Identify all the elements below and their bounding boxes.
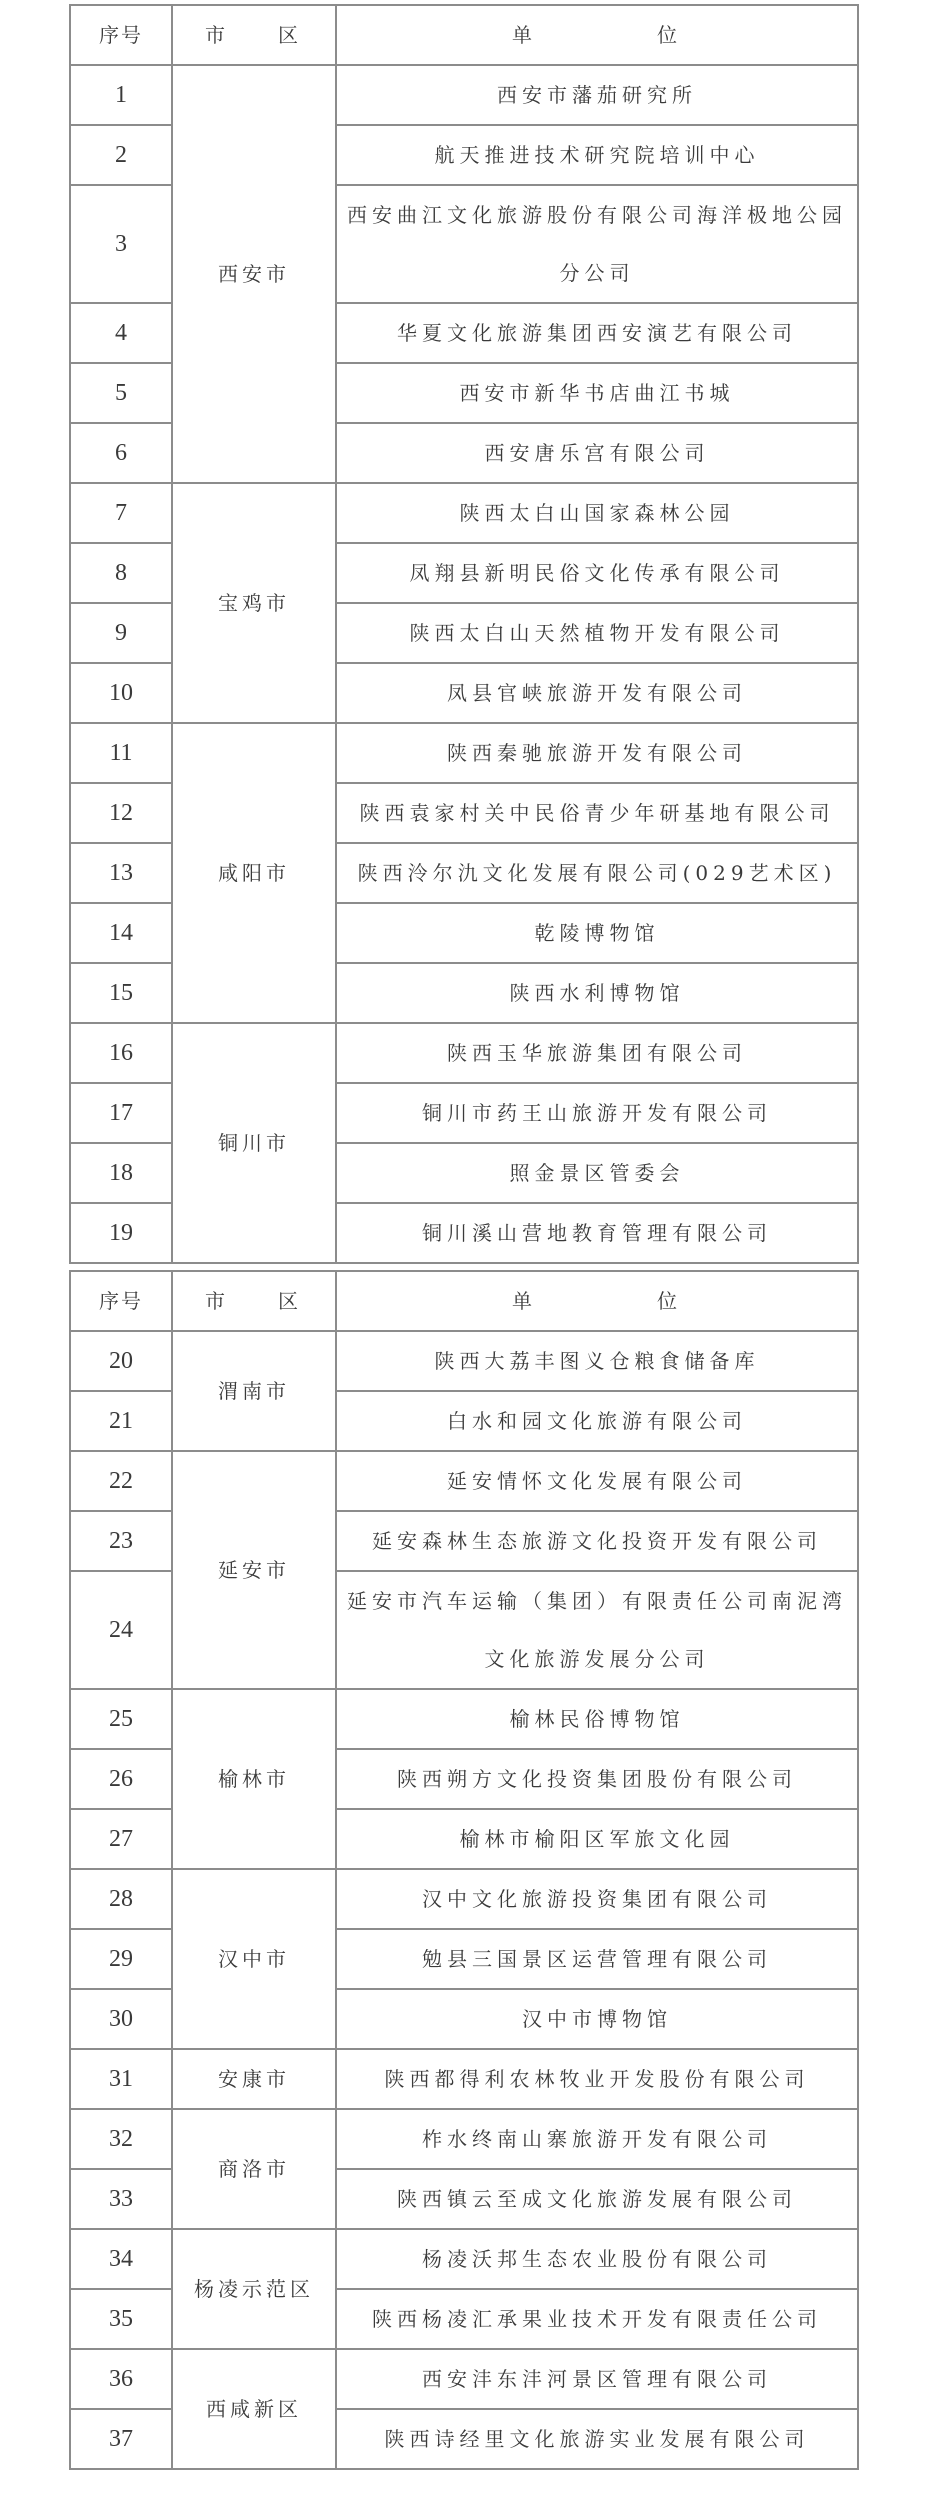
serial-number: 12 <box>70 783 172 843</box>
city-cell: 商洛市 <box>172 2109 336 2229</box>
header-city-char: 市 <box>205 23 230 47</box>
city-cell: 宝鸡市 <box>172 483 336 723</box>
serial-number: 4 <box>70 303 172 363</box>
table-row: 31 安康市 陕西都得利农林牧业开发股份有限公司 <box>70 2049 858 2109</box>
city-cell: 安康市 <box>172 2049 336 2109</box>
serial-number: 33 <box>70 2169 172 2229</box>
unit-name: 航天推进技术研究院培训中心 <box>336 125 858 185</box>
unit-name: 陕西太白山天然植物开发有限公司 <box>336 603 858 663</box>
unit-name: 勉县三国景区运营管理有限公司 <box>336 1929 858 1989</box>
table-row: 32 商洛市 柞水终南山寨旅游开发有限公司 <box>70 2109 858 2169</box>
unit-name: 陕西大荔丰图义仓粮食储备库 <box>336 1331 858 1391</box>
unit-name: 榆林市榆阳区军旅文化园 <box>336 1809 858 1869</box>
header-serial-number: 序号 <box>70 5 172 65</box>
table-row: 22 延安市 延安情怀文化发展有限公司 <box>70 1451 858 1511</box>
serial-number: 30 <box>70 1989 172 2049</box>
unit-name: 陕西镇云至成文化旅游发展有限公司 <box>336 2169 858 2229</box>
city-cell: 汉中市 <box>172 1869 336 2049</box>
unit-name: 凤县官峡旅游开发有限公司 <box>336 663 858 723</box>
unit-name: 陕西朔方文化投资集团股份有限公司 <box>336 1749 858 1809</box>
serial-number: 3 <box>70 185 172 303</box>
unit-name: 白水和园文化旅游有限公司 <box>336 1391 858 1451</box>
unit-name: 陕西太白山国家森林公园 <box>336 483 858 543</box>
serial-number: 8 <box>70 543 172 603</box>
table-row: 16 铜川市 陕西玉华旅游集团有限公司 <box>70 1023 858 1083</box>
city-cell: 杨凌示范区 <box>172 2229 336 2349</box>
serial-number: 28 <box>70 1869 172 1929</box>
unit-name: 柞水终南山寨旅游开发有限公司 <box>336 2109 858 2169</box>
header-city-district: 市区 <box>172 5 336 65</box>
unit-name: 华夏文化旅游集团西安演艺有限公司 <box>336 303 858 363</box>
city-cell: 铜川市 <box>172 1023 336 1263</box>
serial-number: 32 <box>70 2109 172 2169</box>
unit-name: 陕西泠尔氿文化发展有限公司(029艺术区) <box>336 843 858 903</box>
serial-number: 2 <box>70 125 172 185</box>
unit-name: 西安市藩茄研究所 <box>336 65 858 125</box>
serial-number: 11 <box>70 723 172 783</box>
serial-number: 15 <box>70 963 172 1023</box>
city-cell: 西咸新区 <box>172 2349 336 2469</box>
serial-number: 6 <box>70 423 172 483</box>
unit-name: 西安市新华书店曲江书城 <box>336 363 858 423</box>
unit-name: 西安曲江文化旅游股份有限公司海洋极地公园分公司 <box>336 185 858 303</box>
city-cell: 榆林市 <box>172 1689 336 1869</box>
unit-name: 陕西秦驰旅游开发有限公司 <box>336 723 858 783</box>
serial-number: 9 <box>70 603 172 663</box>
unit-name: 凤翔县新明民俗文化传承有限公司 <box>336 543 858 603</box>
table-header-row: 序号 市区 单位 <box>70 5 858 65</box>
header-district-char: 区 <box>278 1289 303 1313</box>
table-row: 1 西安市 西安市藩茄研究所 <box>70 65 858 125</box>
serial-number: 13 <box>70 843 172 903</box>
unit-name: 陕西水利博物馆 <box>336 963 858 1023</box>
unit-name: 陕西玉华旅游集团有限公司 <box>336 1023 858 1083</box>
table-row: 36 西咸新区 西安沣东沣河景区管理有限公司 <box>70 2349 858 2409</box>
city-cell: 西安市 <box>172 65 336 483</box>
header-serial-number: 序号 <box>70 1271 172 1331</box>
city-cell: 渭南市 <box>172 1331 336 1451</box>
serial-number: 36 <box>70 2349 172 2409</box>
serial-number: 34 <box>70 2229 172 2289</box>
serial-number: 10 <box>70 663 172 723</box>
serial-number: 18 <box>70 1143 172 1203</box>
header-unit-char-2: 位 <box>657 23 682 47</box>
serial-number: 16 <box>70 1023 172 1083</box>
header-district-char: 区 <box>278 23 303 47</box>
serial-number: 21 <box>70 1391 172 1451</box>
unit-list-table-2: 序号 市区 单位 20 渭南市 陕西大荔丰图义仓粮食储备库 21 白水和园文化旅… <box>69 1270 859 2470</box>
unit-name: 铜川市药王山旅游开发有限公司 <box>336 1083 858 1143</box>
unit-name: 陕西诗经里文化旅游实业发展有限公司 <box>336 2409 858 2469</box>
unit-name: 西安沣东沣河景区管理有限公司 <box>336 2349 858 2409</box>
unit-name: 照金景区管委会 <box>336 1143 858 1203</box>
unit-name: 延安森林生态旅游文化投资开发有限公司 <box>336 1511 858 1571</box>
serial-number: 31 <box>70 2049 172 2109</box>
unit-name: 铜川溪山营地教育管理有限公司 <box>336 1203 858 1263</box>
header-city-district: 市区 <box>172 1271 336 1331</box>
table-row: 20 渭南市 陕西大荔丰图义仓粮食储备库 <box>70 1331 858 1391</box>
table-row: 25 榆林市 榆林民俗博物馆 <box>70 1689 858 1749</box>
unit-name: 汉中市博物馆 <box>336 1989 858 2049</box>
serial-number: 20 <box>70 1331 172 1391</box>
header-unit: 单位 <box>336 5 858 65</box>
table-row: 11 咸阳市 陕西秦驰旅游开发有限公司 <box>70 723 858 783</box>
serial-number: 25 <box>70 1689 172 1749</box>
table-header-row: 序号 市区 单位 <box>70 1271 858 1331</box>
header-unit: 单位 <box>336 1271 858 1331</box>
unit-name: 延安情怀文化发展有限公司 <box>336 1451 858 1511</box>
header-unit-char-2: 位 <box>657 1289 682 1313</box>
unit-name: 杨凌沃邦生态农业股份有限公司 <box>336 2229 858 2289</box>
serial-number: 22 <box>70 1451 172 1511</box>
serial-number: 37 <box>70 2409 172 2469</box>
unit-name: 榆林民俗博物馆 <box>336 1689 858 1749</box>
table-row: 7 宝鸡市 陕西太白山国家森林公园 <box>70 483 858 543</box>
unit-name: 陕西杨凌汇承果业技术开发有限责任公司 <box>336 2289 858 2349</box>
unit-list-table-1: 序号 市区 单位 1 西安市 西安市藩茄研究所 2 航天推进技术研究院培训中心 … <box>69 4 859 1264</box>
unit-name: 汉中文化旅游投资集团有限公司 <box>336 1869 858 1929</box>
unit-name: 延安市汽车运输（集团）有限责任公司南泥湾文化旅游发展分公司 <box>336 1571 858 1689</box>
serial-number: 5 <box>70 363 172 423</box>
serial-number: 17 <box>70 1083 172 1143</box>
serial-number: 27 <box>70 1809 172 1869</box>
table-row: 28 汉中市 汉中文化旅游投资集团有限公司 <box>70 1869 858 1929</box>
serial-number: 23 <box>70 1511 172 1571</box>
unit-name: 陕西都得利农林牧业开发股份有限公司 <box>336 2049 858 2109</box>
serial-number: 29 <box>70 1929 172 1989</box>
header-unit-char-1: 单 <box>512 1289 537 1313</box>
header-unit-char-1: 单 <box>512 23 537 47</box>
header-city-char: 市 <box>205 1289 230 1313</box>
unit-name: 乾陵博物馆 <box>336 903 858 963</box>
serial-number: 19 <box>70 1203 172 1263</box>
serial-number: 7 <box>70 483 172 543</box>
serial-number: 26 <box>70 1749 172 1809</box>
serial-number: 14 <box>70 903 172 963</box>
unit-name: 西安唐乐宫有限公司 <box>336 423 858 483</box>
serial-number: 24 <box>70 1571 172 1689</box>
serial-number: 35 <box>70 2289 172 2349</box>
city-cell: 咸阳市 <box>172 723 336 1023</box>
table-row: 34 杨凌示范区 杨凌沃邦生态农业股份有限公司 <box>70 2229 858 2289</box>
unit-name: 陕西袁家村关中民俗青少年研基地有限公司 <box>336 783 858 843</box>
serial-number: 1 <box>70 65 172 125</box>
city-cell: 延安市 <box>172 1451 336 1689</box>
